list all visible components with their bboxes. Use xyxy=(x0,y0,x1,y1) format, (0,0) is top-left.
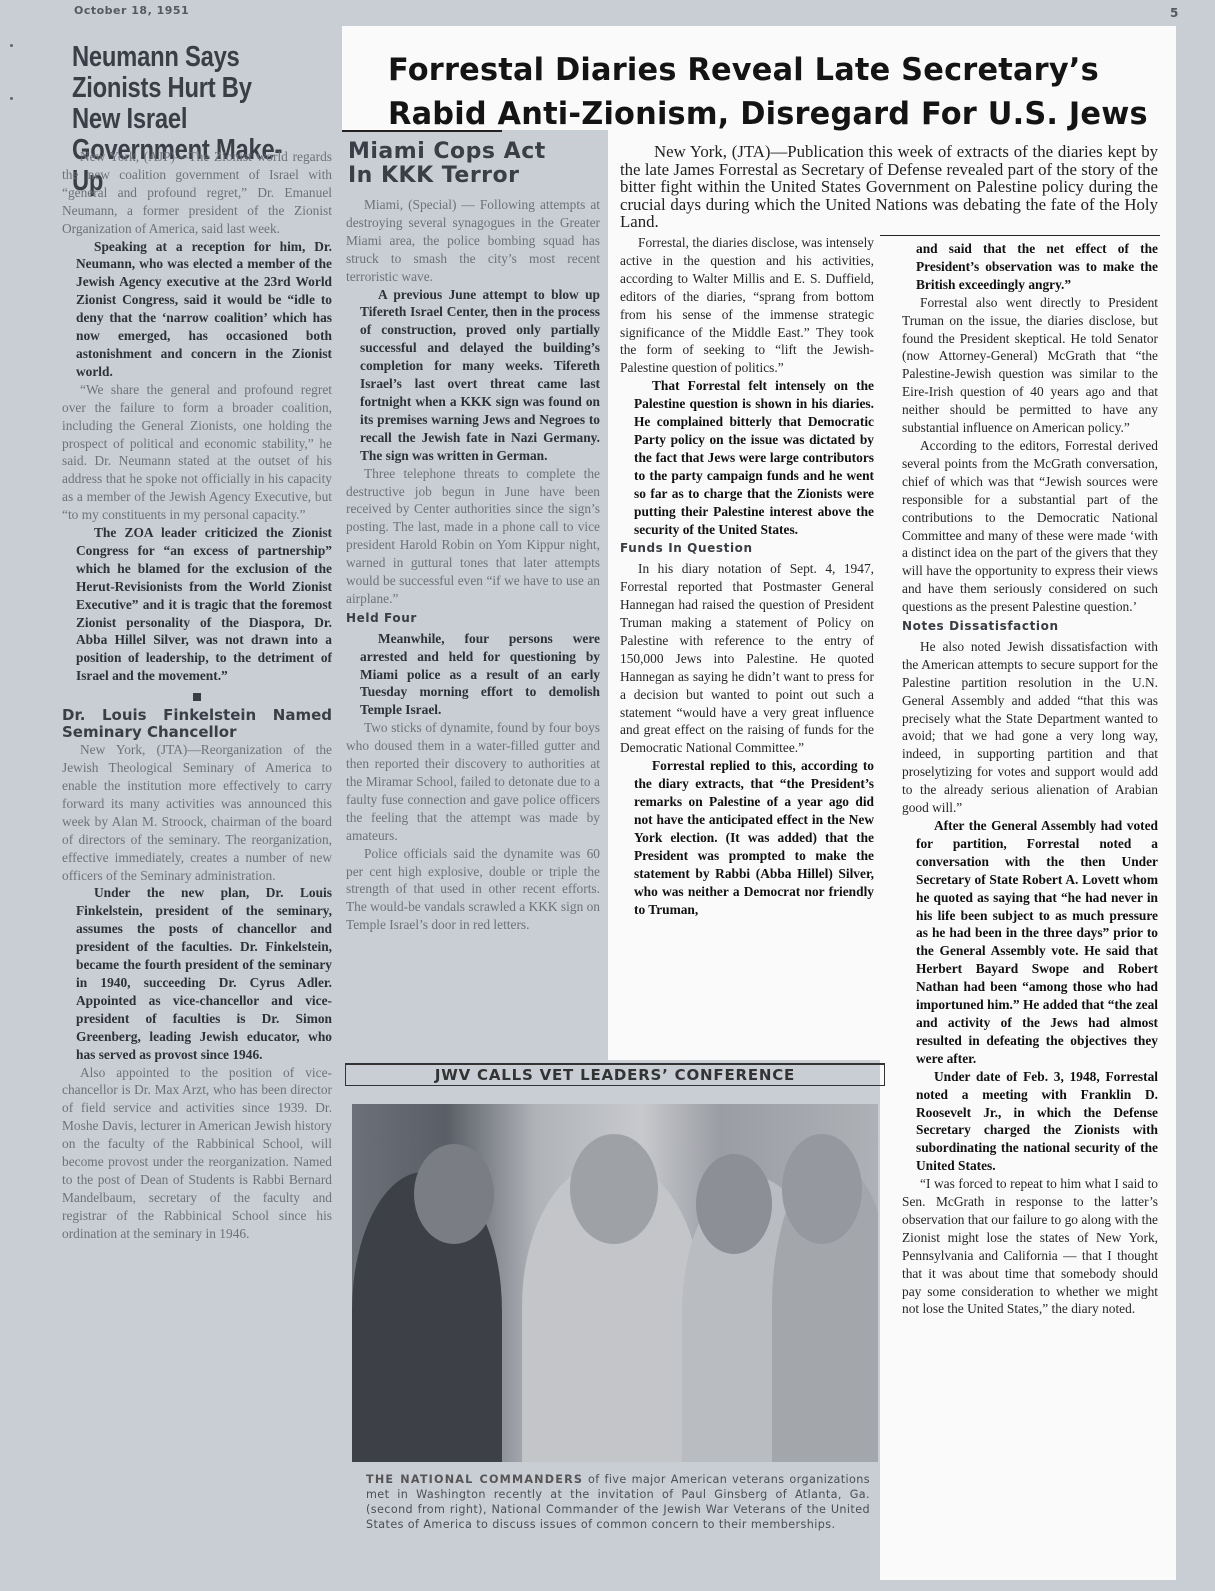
forrestal-column-1: Forrestal, the diaries disclose, was int… xyxy=(620,234,874,918)
photo-face xyxy=(570,1134,658,1244)
caption-lead: THE NATIONAL COMMANDERS xyxy=(366,1473,583,1486)
miami-paragraph: Police officials said the dynamite was 6… xyxy=(346,845,600,935)
forrestal-lede-paragraph: New York, (JTA)—Publication this week of… xyxy=(620,143,1158,231)
section-divider-square xyxy=(193,693,201,701)
jwv-headline: JWV CALLS VET LEADERS’ CONFERENCE xyxy=(346,1066,884,1084)
miami-paragraph: Two sticks of dynamite, found by four bo… xyxy=(346,719,600,844)
scan-speck xyxy=(10,97,13,100)
issue-date: October 18, 1951 xyxy=(74,4,189,17)
forrestal-paragraph: Forrestal replied to this, according to … xyxy=(620,757,874,918)
neumann-paragraph: New York, (AJP)—The Zionist world regard… xyxy=(62,148,332,238)
finkelstein-paragraph: Also appointed to the position of vice-c… xyxy=(62,1064,332,1243)
forrestal-subhead-dissatisfaction: Notes Dissatisfaction xyxy=(902,618,1158,636)
jwv-headline-box: JWV CALLS VET LEADERS’ CONFERENCE xyxy=(345,1063,885,1086)
miami-subhead: Held Four xyxy=(346,610,600,628)
forrestal-paragraph: Under date of Feb. 3, 1948, Forrestal no… xyxy=(902,1068,1158,1175)
finkelstein-article: Dr. Louis Finkelstein Named Seminary Cha… xyxy=(62,707,332,1242)
forrestal-paragraph: After the General Assembly had voted for… xyxy=(902,817,1158,1068)
forrestal-column-2: and said that the net effect of the Pres… xyxy=(902,240,1158,1318)
miami-article: Miami, (Special) — Following attempts at… xyxy=(346,196,600,934)
headline-rule xyxy=(342,130,502,132)
miami-headline-line-1: Miami Cops Act xyxy=(348,140,546,164)
photo-face xyxy=(782,1134,862,1244)
forrestal-paragraph: and said that the net effect of the Pres… xyxy=(902,240,1158,294)
forrestal-subhead-funds: Funds In Question xyxy=(620,540,874,558)
neumann-paragraph: The ZOA leader criticized the Zionist Co… xyxy=(62,524,332,685)
miami-paragraph: A previous June attempt to blow up Tifer… xyxy=(346,286,600,465)
finkelstein-paragraph: Under the new plan, Dr. Louis Finkelstei… xyxy=(62,884,332,1063)
finkelstein-paragraph: New York, (JTA)—Reorganization of the Je… xyxy=(62,741,332,884)
lede-rule xyxy=(880,235,1160,236)
forrestal-paragraph: In his diary notation of Sept. 4, 1947, … xyxy=(620,560,874,757)
forrestal-paragraph: That Forrestal felt intensely on the Pal… xyxy=(620,377,874,538)
photo-veterans-commanders xyxy=(352,1104,878,1462)
forrestal-paragraph: He also noted Jewish dissatisfaction wit… xyxy=(902,638,1158,817)
miami-headline: Miami Cops Act In KKK Terror xyxy=(348,140,546,188)
forrestal-paragraph: Forrestal also went directly to Presiden… xyxy=(902,294,1158,437)
finkelstein-headline: Dr. Louis Finkelstein Named Seminary Cha… xyxy=(62,707,332,741)
photo-caption: THE NATIONAL COMMANDERS of five major Am… xyxy=(366,1472,870,1532)
neumann-article: New York, (AJP)—The Zionist world regard… xyxy=(62,148,332,685)
miami-paragraph: Miami, (Special) — Following attempts at… xyxy=(346,196,600,286)
forrestal-headline: Forrestal Diaries Reveal Late Secretary’… xyxy=(388,48,1148,136)
photo-face xyxy=(696,1154,772,1254)
neumann-paragraph: “We share the general and profound regre… xyxy=(62,381,332,524)
neumann-paragraph: Speaking at a reception for him, Dr. Neu… xyxy=(62,238,332,381)
miami-paragraph: Meanwhile, four persons were arrested an… xyxy=(346,630,600,720)
scan-speck xyxy=(10,44,13,47)
miami-paragraph: Three telephone threats to complete the … xyxy=(346,465,600,608)
forrestal-headline-line-1: Forrestal Diaries Reveal Late Secretary’… xyxy=(388,48,1148,92)
forrestal-lede: New York, (JTA)—Publication this week of… xyxy=(620,143,1158,231)
page-number: 5 xyxy=(1170,6,1178,20)
forrestal-paragraph: Forrestal, the diaries disclose, was int… xyxy=(620,234,874,377)
miami-headline-line-2: In KKK Terror xyxy=(348,164,546,188)
photo-face xyxy=(414,1144,494,1244)
forrestal-paragraph: “I was forced to repeat to him what I sa… xyxy=(902,1175,1158,1318)
forrestal-paragraph: According to the editors, Forrestal deri… xyxy=(902,437,1158,616)
left-column: New York, (AJP)—The Zionist world regard… xyxy=(62,148,332,1243)
